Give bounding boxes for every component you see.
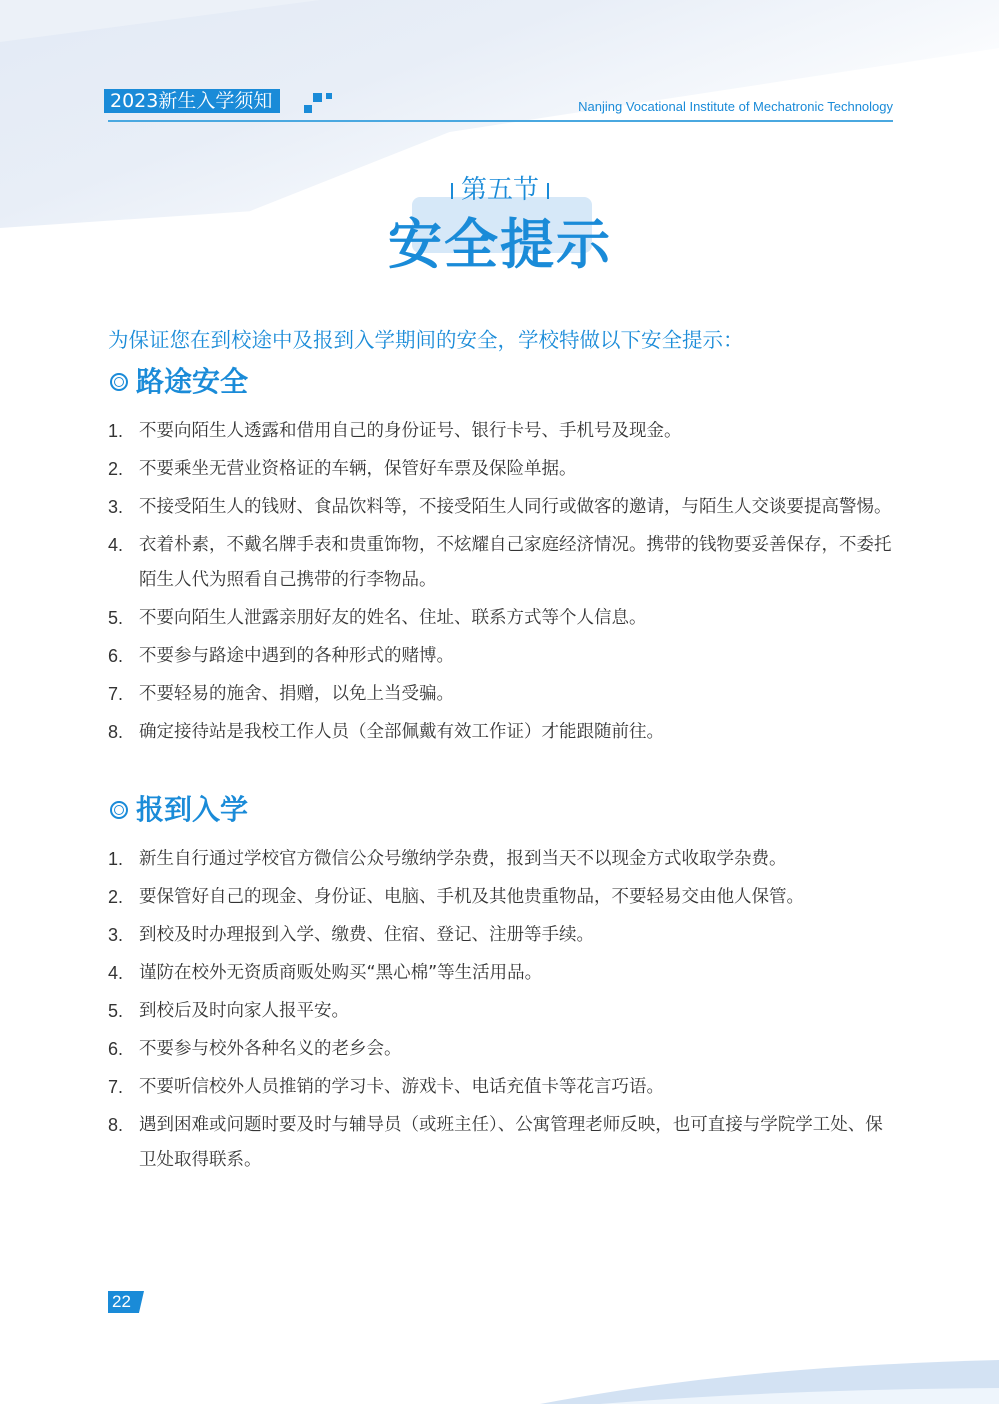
list-item: 1.不要向陌生人透露和借用自己的身份证号、银行卡号、手机号及现金。 bbox=[108, 414, 894, 449]
item-number: 5. bbox=[108, 994, 139, 1029]
list-item: 7.不要轻易的施舍、捐赠，以免上当受骗。 bbox=[108, 677, 894, 712]
subheading-travel-safety: 路途安全 bbox=[110, 362, 248, 402]
item-number: 7. bbox=[108, 677, 139, 712]
section-title: 安全提示 bbox=[380, 212, 620, 278]
item-text: 遇到困难或问题时要及时与辅导员（或班主任）、公寓管理老师反映，也可直接与学院学工… bbox=[139, 1108, 894, 1178]
section-subtitle: 第五节 bbox=[380, 172, 620, 208]
header-squares-decoration bbox=[304, 91, 334, 113]
item-text: 到校后及时向家人报平安。 bbox=[139, 994, 894, 1029]
list-item: 5.到校后及时向家人报平安。 bbox=[108, 994, 894, 1029]
enrollment-list: 1.新生自行通过学校官方微信公众号缴纳学杂费，报到当天不以现金方式收取学杂费。 … bbox=[108, 842, 894, 1181]
item-text: 到校及时办理报到入学、缴费、住宿、登记、注册等手续。 bbox=[139, 918, 894, 953]
section-number: 第五节 bbox=[461, 175, 539, 205]
item-text: 不要轻易的施舍、捐赠，以免上当受骗。 bbox=[139, 677, 894, 712]
section-title-block: 第五节 安全提示 bbox=[380, 172, 620, 282]
page-number: 22 bbox=[108, 1291, 144, 1313]
list-item: 1.新生自行通过学校官方微信公众号缴纳学杂费，报到当天不以现金方式收取学杂费。 bbox=[108, 842, 894, 877]
header-title: 2023新生入学须知 bbox=[104, 89, 280, 113]
item-number: 8. bbox=[108, 1108, 139, 1178]
item-number: 6. bbox=[108, 1032, 139, 1067]
double-circle-icon bbox=[110, 373, 128, 391]
list-item: 7.不要听信校外人员推销的学习卡、游戏卡、电话充值卡等花言巧语。 bbox=[108, 1070, 894, 1105]
item-text: 谨防在校外无资质商贩处购买“黑心棉”等生活用品。 bbox=[139, 956, 894, 991]
list-item: 8.遇到困难或问题时要及时与辅导员（或班主任）、公寓管理老师反映，也可直接与学院… bbox=[108, 1108, 894, 1178]
item-text: 不要参与路途中遇到的各种形式的赌博。 bbox=[139, 639, 894, 674]
divider-bar-left bbox=[451, 183, 453, 199]
item-number: 4. bbox=[108, 528, 139, 598]
subheading-label: 报到入学 bbox=[136, 790, 248, 830]
double-circle-icon bbox=[110, 801, 128, 819]
list-item: 4.谨防在校外无资质商贩处购买“黑心棉”等生活用品。 bbox=[108, 956, 894, 991]
list-item: 3.不接受陌生人的钱财、食品饮料等，不接受陌生人同行或做客的邀请，与陌生人交谈要… bbox=[108, 490, 894, 525]
institute-english-name: Nanjing Vocational Institute of Mechatro… bbox=[578, 99, 893, 114]
divider-bar-right bbox=[547, 183, 549, 199]
item-text: 不要听信校外人员推销的学习卡、游戏卡、电话充值卡等花言巧语。 bbox=[139, 1070, 894, 1105]
page-header: 2023新生入学须知 Nanjing Vocational Institute … bbox=[104, 89, 893, 123]
intro-text: 为保证您在到校途中及报到入学期间的安全，学校特做以下安全提示： bbox=[108, 325, 744, 355]
subheading-enrollment: 报到入学 bbox=[110, 790, 248, 830]
list-item: 6.不要参与校外各种名义的老乡会。 bbox=[108, 1032, 894, 1067]
item-number: 2. bbox=[108, 880, 139, 915]
item-text: 不要乘坐无营业资格证的车辆，保管好车票及保险单据。 bbox=[139, 452, 894, 487]
item-number: 3. bbox=[108, 918, 139, 953]
item-text: 确定接待站是我校工作人员（全部佩戴有效工作证）才能跟随前往。 bbox=[139, 715, 894, 750]
item-number: 7. bbox=[108, 1070, 139, 1105]
item-text: 不要参与校外各种名义的老乡会。 bbox=[139, 1032, 894, 1067]
item-text: 不要向陌生人透露和借用自己的身份证号、银行卡号、手机号及现金。 bbox=[139, 414, 894, 449]
list-item: 4.衣着朴素，不戴名牌手表和贵重饰物，不炫耀自己家庭经济情况。携带的钱物要妥善保… bbox=[108, 528, 894, 598]
item-number: 1. bbox=[108, 414, 139, 449]
item-text: 衣着朴素，不戴名牌手表和贵重饰物，不炫耀自己家庭经济情况。携带的钱物要妥善保存，… bbox=[139, 528, 894, 598]
item-number: 3. bbox=[108, 490, 139, 525]
list-item: 2.要保管好自己的现金、身份证、电脑、手机及其他贵重物品，不要轻易交由他人保管。 bbox=[108, 880, 894, 915]
item-number: 8. bbox=[108, 715, 139, 750]
subheading-label: 路途安全 bbox=[136, 362, 248, 402]
list-item: 3.到校及时办理报到入学、缴费、住宿、登记、注册等手续。 bbox=[108, 918, 894, 953]
item-number: 5. bbox=[108, 601, 139, 636]
item-number: 4. bbox=[108, 956, 139, 991]
list-item: 5.不要向陌生人泄露亲朋好友的姓名、住址、联系方式等个人信息。 bbox=[108, 601, 894, 636]
item-number: 2. bbox=[108, 452, 139, 487]
list-item: 2.不要乘坐无营业资格证的车辆，保管好车票及保险单据。 bbox=[108, 452, 894, 487]
travel-safety-list: 1.不要向陌生人透露和借用自己的身份证号、银行卡号、手机号及现金。 2.不要乘坐… bbox=[108, 414, 894, 753]
header-divider bbox=[108, 120, 893, 122]
list-item: 8.确定接待站是我校工作人员（全部佩戴有效工作证）才能跟随前往。 bbox=[108, 715, 894, 750]
item-text: 不要向陌生人泄露亲朋好友的姓名、住址、联系方式等个人信息。 bbox=[139, 601, 894, 636]
item-number: 6. bbox=[108, 639, 139, 674]
item-text: 要保管好自己的现金、身份证、电脑、手机及其他贵重物品，不要轻易交由他人保管。 bbox=[139, 880, 894, 915]
item-text: 新生自行通过学校官方微信公众号缴纳学杂费，报到当天不以现金方式收取学杂费。 bbox=[139, 842, 894, 877]
list-item: 6.不要参与路途中遇到的各种形式的赌博。 bbox=[108, 639, 894, 674]
item-text: 不接受陌生人的钱财、食品饮料等，不接受陌生人同行或做客的邀请，与陌生人交谈要提高… bbox=[139, 490, 894, 525]
footer-wave-decoration bbox=[0, 1314, 999, 1404]
item-number: 1. bbox=[108, 842, 139, 877]
